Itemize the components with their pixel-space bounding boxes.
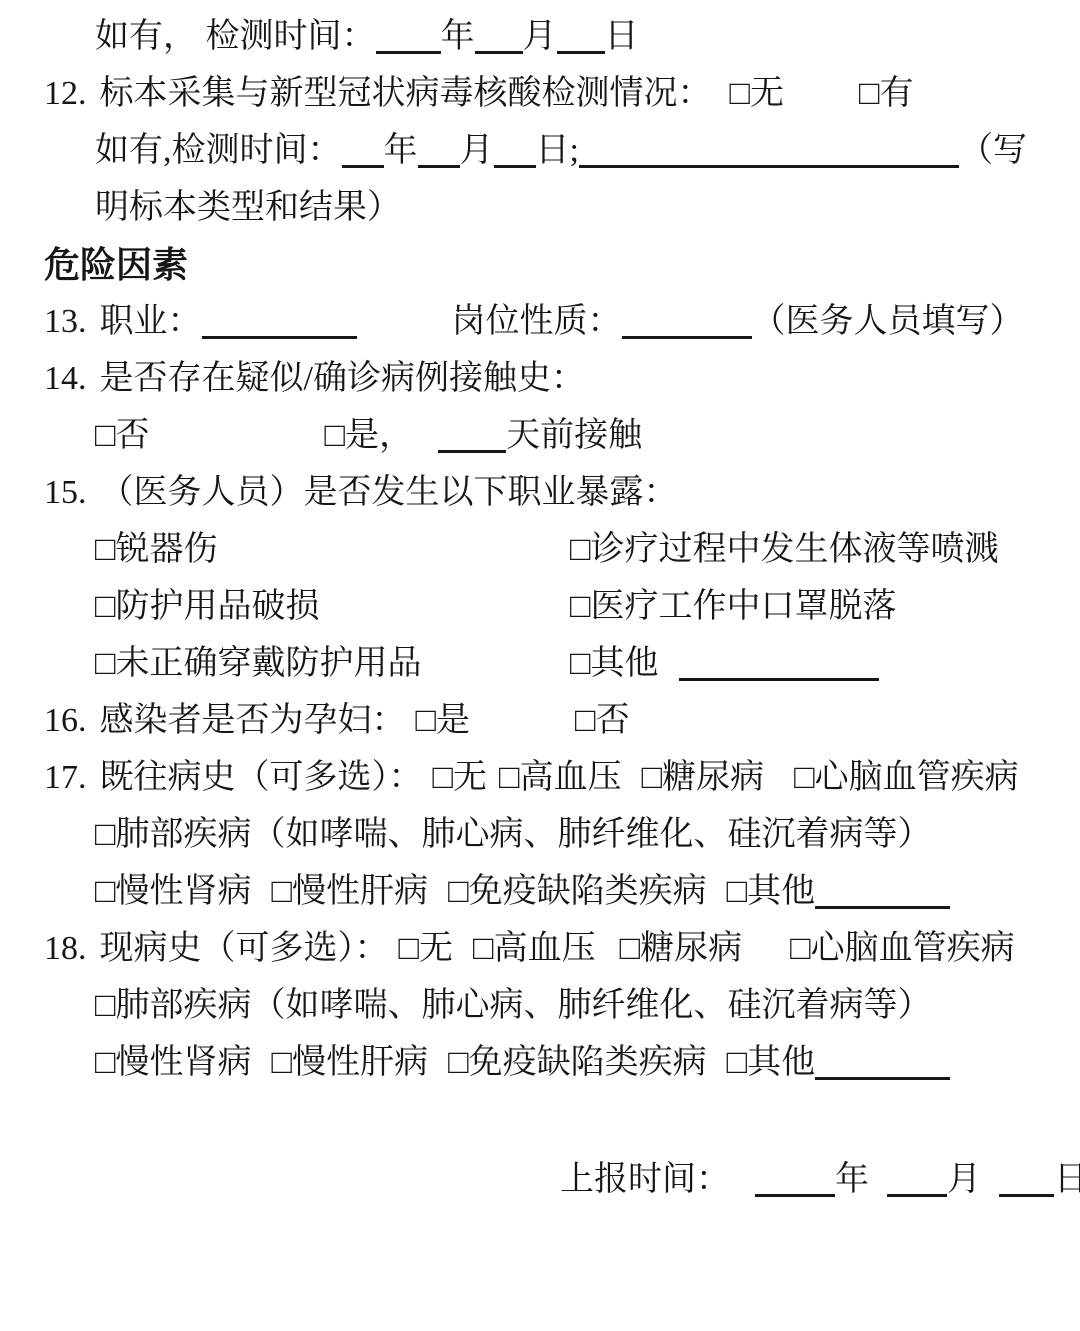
checkbox-past-other[interactable]: □其他	[727, 873, 816, 910]
day-label: 日;	[536, 132, 579, 169]
checkbox-current-lung-disease[interactable]: □肺部疾病（如哮喘、肺心病、肺纤维化、硅沉着病等）	[95, 987, 932, 1024]
blank-specimen-result	[579, 165, 959, 168]
checkbox-ppe-incorrect[interactable]: □未正确穿戴防护用品	[95, 635, 570, 692]
checkbox-current-cardiovascular[interactable]: □心脑血管疾病	[790, 930, 1015, 967]
blank-report-year	[755, 1194, 835, 1197]
year-label: 年	[384, 132, 418, 169]
question-17-cont-2: □慢性肾病□慢性肝病□免疫缺陷类疾病□其他	[0, 863, 1080, 920]
report-time-line: 上报时间：年月日	[0, 1151, 1080, 1208]
checkbox-past-cardiovascular[interactable]: □心脑血管疾病	[794, 759, 1019, 796]
checkbox-sharp-injury[interactable]: □锐器伤	[95, 521, 570, 578]
question-17-label: 既往病史（可多选）：	[100, 759, 423, 796]
question-17-number: 17.	[44, 749, 87, 806]
checkbox-fluid-splash[interactable]: □诊疗过程中发生体液等喷溅	[570, 531, 999, 568]
question-12: 12.标本采集与新型冠状病毒核酸检测情况：□无□有	[0, 65, 1080, 122]
blank-report-month	[887, 1194, 947, 1197]
blank-report-day	[999, 1194, 1054, 1197]
question-15-number: 15.	[44, 464, 87, 521]
question-16-number: 16.	[44, 692, 87, 749]
blank-current-other	[815, 1077, 950, 1080]
year-label: 年	[441, 18, 475, 55]
medical-staff-note: （医务人员填写）	[752, 303, 1024, 340]
question-15-row-2: □防护用品破损□医疗工作中口罩脱落	[0, 578, 1080, 635]
blank-day	[557, 51, 605, 54]
checkbox-contact-no[interactable]: □否	[95, 417, 150, 454]
blank-day	[494, 165, 536, 168]
detect-time-label: 如有， 检测时间：	[95, 18, 376, 55]
blank-month	[475, 51, 523, 54]
report-time-label: 上报时间：	[560, 1161, 730, 1198]
checkbox-past-liver[interactable]: □慢性肝病	[272, 873, 429, 910]
question-18: 18.现病史（可多选）：□无□高血压□糖尿病□心脑血管疾病	[0, 920, 1080, 977]
question-12-number: 12.	[44, 65, 87, 122]
checkbox-specimen-has[interactable]: □有	[859, 75, 914, 112]
blank-past-other	[815, 906, 950, 909]
question-16-label: 感染者是否为孕妇：	[100, 702, 406, 739]
question-12-cont-1: 如有,检测时间：年月日;（写	[0, 122, 1080, 179]
blank-days-before-contact	[438, 450, 506, 453]
checkbox-current-hypertension[interactable]: □高血压	[473, 930, 596, 967]
form-page: 如有， 检测时间：年月日 12.标本采集与新型冠状病毒核酸检测情况：□无□有 如…	[0, 0, 1080, 1208]
checkbox-current-immune[interactable]: □免疫缺陷类疾病	[448, 1044, 707, 1081]
checkbox-mask-fell-off[interactable]: □医疗工作中口罩脱落	[570, 588, 897, 625]
q11-detect-time-line: 如有， 检测时间：年月日	[0, 8, 1080, 65]
q12-note-open: （写	[959, 132, 1027, 169]
post-nature-label: 岗位性质：	[452, 303, 622, 340]
day-label: 日	[1054, 1161, 1080, 1198]
month-label: 月	[523, 18, 557, 55]
blank-month	[418, 165, 460, 168]
blank-exposure-other	[679, 678, 879, 681]
day-label: 日	[605, 18, 639, 55]
question-14-label: 是否存在疑似/确诊病例接触史：	[100, 360, 585, 397]
checkbox-current-none[interactable]: □无	[399, 930, 454, 967]
checkbox-current-other[interactable]: □其他	[727, 1044, 816, 1081]
checkbox-contact-yes[interactable]: □是，	[325, 417, 414, 454]
checkbox-ppe-damaged[interactable]: □防护用品破损	[95, 578, 570, 635]
question-18-label: 现病史（可多选）：	[100, 930, 389, 967]
month-label: 月	[947, 1161, 981, 1198]
question-14-options: □否□是，天前接触	[0, 407, 1080, 464]
question-14-number: 14.	[44, 350, 87, 407]
blank-occupation	[202, 336, 357, 339]
question-15-row-3: □未正确穿戴防护用品□其他	[0, 635, 1080, 692]
checkbox-past-lung-disease[interactable]: □肺部疾病（如哮喘、肺心病、肺纤维化、硅沉着病等）	[95, 816, 932, 853]
q12-detect-time-label: 如有,检测时间：	[95, 132, 342, 169]
section-risk-factors: 危险因素	[0, 236, 1080, 293]
month-label: 月	[460, 132, 494, 169]
question-18-cont-1: □肺部疾病（如哮喘、肺心病、肺纤维化、硅沉着病等）	[0, 977, 1080, 1034]
question-18-cont-2: □慢性肾病□慢性肝病□免疫缺陷类疾病□其他	[0, 1034, 1080, 1091]
occupation-label: 职业：	[100, 303, 202, 340]
checkbox-past-hypertension[interactable]: □高血压	[499, 759, 622, 796]
question-12-label: 标本采集与新型冠状病毒核酸检测情况：	[100, 75, 712, 112]
checkbox-pregnant-yes[interactable]: □是	[416, 702, 471, 739]
question-18-number: 18.	[44, 920, 87, 977]
blank-year	[376, 51, 441, 54]
question-15: 15.（医务人员）是否发生以下职业暴露：	[0, 464, 1080, 521]
checkbox-specimen-none[interactable]: □无	[730, 75, 785, 112]
checkbox-past-none[interactable]: □无	[433, 759, 488, 796]
checkbox-past-immune[interactable]: □免疫缺陷类疾病	[448, 873, 707, 910]
question-14: 14.是否存在疑似/确诊病例接触史：	[0, 350, 1080, 407]
year-label: 年	[835, 1161, 869, 1198]
question-17-cont-1: □肺部疾病（如哮喘、肺心病、肺纤维化、硅沉着病等）	[0, 806, 1080, 863]
checkbox-past-diabetes[interactable]: □糖尿病	[642, 759, 765, 796]
question-13-number: 13.	[44, 293, 87, 350]
blank-post-nature	[622, 336, 752, 339]
checkbox-exposure-other[interactable]: □其他	[570, 645, 659, 682]
question-16: 16.感染者是否为孕妇：□是□否	[0, 692, 1080, 749]
checkbox-current-liver[interactable]: □慢性肝病	[272, 1044, 429, 1081]
days-before-contact-label: 天前接触	[506, 417, 642, 454]
checkbox-current-kidney[interactable]: □慢性肾病	[95, 1044, 252, 1081]
checkbox-past-kidney[interactable]: □慢性肾病	[95, 873, 252, 910]
question-15-label: （医务人员）是否发生以下职业暴露：	[100, 474, 678, 511]
question-12-cont-2: 明标本类型和结果）	[0, 179, 1080, 236]
blank-year	[342, 165, 384, 168]
section-heading: 危险因素	[44, 244, 188, 285]
question-13: 13.职业：岗位性质：（医务人员填写）	[0, 293, 1080, 350]
q12-note-close: 明标本类型和结果）	[95, 189, 401, 226]
question-17: 17.既往病史（可多选）：□无□高血压□糖尿病□心脑血管疾病	[0, 749, 1080, 806]
checkbox-current-diabetes[interactable]: □糖尿病	[620, 930, 743, 967]
question-15-row-1: □锐器伤□诊疗过程中发生体液等喷溅	[0, 521, 1080, 578]
checkbox-pregnant-no[interactable]: □否	[575, 702, 630, 739]
